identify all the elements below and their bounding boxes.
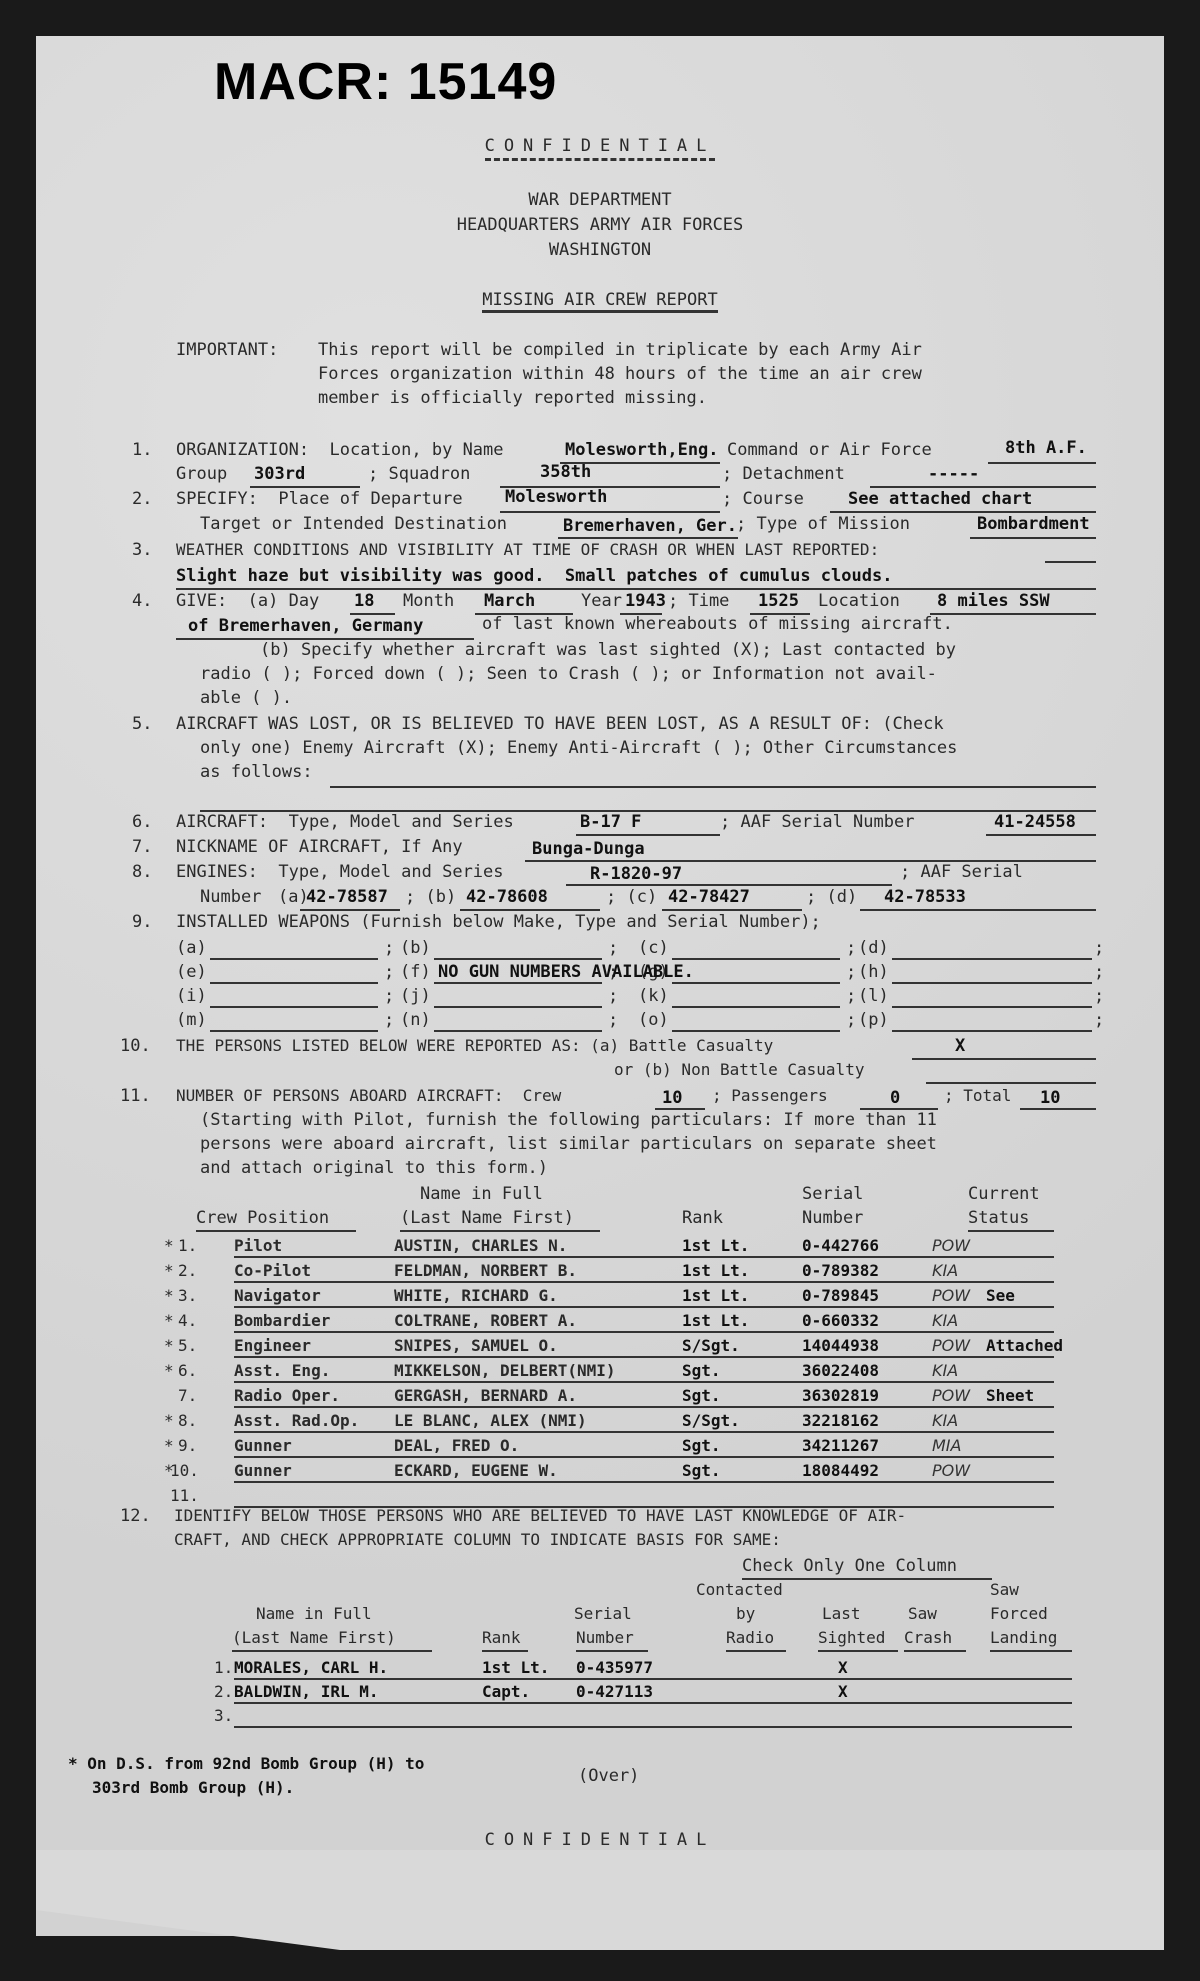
asterisk-marker: * [164, 1361, 174, 1380]
weapon-slot-label: (h) [858, 962, 889, 982]
crew-name: COLTRANE, ROBERT A. [394, 1311, 577, 1330]
important-label: IMPORTANT: [176, 340, 278, 360]
crew-num: 10. [170, 1461, 199, 1480]
report-title: MISSING AIR CREW REPORT [0, 290, 1200, 313]
crew-note: See [986, 1286, 1015, 1305]
item8-num: 8. [132, 862, 152, 882]
weapons-note: NO GUN NUMBERS AVAILABLE. [438, 962, 694, 982]
crew-rank: 1st Lt. [682, 1311, 749, 1330]
item11-note1: (Starting with Pilot, furnish the follow… [200, 1110, 937, 1130]
crew-rank: Sgt. [682, 1436, 721, 1455]
col-sighted-2: Sighted [818, 1628, 885, 1648]
item5-line2: only one) Enemy Aircraft (X); Enemy Anti… [200, 738, 957, 758]
crew-num: 3. [178, 1286, 197, 1305]
last-knowledge-row: 1.MORALES, CARL H.1st Lt.0-435977X [0, 1658, 1200, 1680]
col-rank: Rank [682, 1208, 723, 1228]
crew-status: KIA [932, 1361, 958, 1380]
crew-status: POW [932, 1336, 970, 1355]
aircraft-serial: 41-24558 [994, 812, 1076, 832]
col-sighted-1: Last [822, 1604, 861, 1624]
col12-serial: Number [576, 1628, 634, 1648]
group-label: Group [176, 464, 227, 484]
weapon-slot-label: (m) [176, 1010, 207, 1030]
crew-status: POW [932, 1386, 970, 1405]
last-knowledge-row: 2.BALDWIN, IRL M.Capt.0-427113X [0, 1682, 1200, 1704]
crew-position: Gunner [234, 1436, 292, 1455]
total-label: ; Total [944, 1086, 1011, 1106]
location-tail: of last known whereabouts of missing air… [482, 614, 953, 634]
item4b-line3: able ( ). [200, 688, 292, 708]
header-line2: HEADQUARTERS ARMY AIR FORCES [0, 215, 1200, 235]
person-serial: 0-435977 [576, 1658, 653, 1677]
person-num: 3. [214, 1706, 233, 1725]
crew-name: ECKARD, EUGENE W. [394, 1461, 558, 1480]
col-status: Status [968, 1208, 1029, 1228]
item1-num: 1. [132, 440, 152, 460]
item12-num: 12. [120, 1506, 151, 1526]
asterisk-marker: * [164, 1236, 174, 1255]
crew-position: Bombardier [234, 1311, 330, 1330]
crew-position: Asst. Eng. [234, 1361, 330, 1380]
crew-status: POW [932, 1461, 970, 1480]
crew-name: WHITE, RICHARD G. [394, 1286, 558, 1305]
command-value: 8th A.F. [1005, 438, 1087, 458]
important-line3: member is officially reported missing. [318, 388, 707, 408]
engine-d: 42-78533 [884, 887, 966, 907]
battle-casualty-label: THE PERSONS LISTED BELOW WERE REPORTED A… [176, 1036, 773, 1056]
col-position: Crew Position [196, 1208, 329, 1228]
squadron-value: 358th [540, 462, 591, 482]
weapon-slot-label: (e) [176, 962, 207, 982]
item10-num: 10. [120, 1036, 151, 1056]
col-name-top: Name in Full [420, 1184, 543, 1204]
crew-name: GERGASH, BERNARD A. [394, 1386, 577, 1405]
item3-num: 3. [132, 540, 152, 560]
crew-serial: 34211267 [802, 1436, 879, 1455]
weapons-label: INSTALLED WEAPONS (Furnish below Make, T… [176, 912, 821, 932]
crew-position: Pilot [234, 1236, 282, 1255]
last-knowledge-row: 3. [0, 1706, 1200, 1728]
crew-note: Sheet [986, 1386, 1034, 1405]
crew-position: Radio Oper. [234, 1386, 340, 1405]
engine-a: 42-78587 [306, 887, 388, 907]
departure-value: Molesworth [505, 487, 607, 507]
crew-num: 11. [170, 1486, 199, 1505]
item11-num: 11. [120, 1086, 151, 1106]
location-value-2: of Bremerhaven, Germany [188, 616, 423, 636]
year-value: 1943 [625, 591, 666, 611]
non-battle-label: or (b) Non Battle Casualty [614, 1060, 864, 1080]
crew-num: 2. [178, 1261, 197, 1280]
crew-status: MIA [932, 1436, 961, 1455]
crew-status: POW [932, 1286, 970, 1305]
col12-serial-top: Serial [574, 1604, 632, 1624]
engine-c: 42-78427 [668, 887, 750, 907]
crew-rank: 1st Lt. [682, 1236, 749, 1255]
crew-num: 5. [178, 1336, 197, 1355]
crew-num: 8. [178, 1411, 197, 1430]
col-crash-1: Saw [908, 1604, 937, 1624]
year-label: Year [581, 591, 622, 611]
last-sighted-check: X [838, 1682, 848, 1701]
month-label: Month [403, 591, 454, 611]
person-name: MORALES, CARL H. [234, 1658, 388, 1677]
crew-position: Asst. Rad.Op. [234, 1411, 359, 1430]
crew-rank: 1st Lt. [682, 1286, 749, 1305]
crew-row: *1.PilotAUSTIN, CHARLES N.1st Lt.0-44276… [0, 1236, 1200, 1258]
crew-position: Co-Pilot [234, 1261, 311, 1280]
crew-status: KIA [932, 1311, 958, 1330]
crew-row: *6.Asst. Eng.MIKKELSON, DELBERT(NMI)Sgt.… [0, 1361, 1200, 1383]
crew-row: 11. [0, 1486, 1200, 1508]
aircraft-label: AIRCRAFT: Type, Model and Series [176, 812, 514, 832]
person-rank: 1st Lt. [482, 1658, 549, 1677]
weapon-slot-label: (p) [858, 1010, 889, 1030]
mission-label: ; Type of Mission [736, 514, 910, 534]
weapon-slot-label: (f) [400, 962, 431, 982]
crew-num: 6. [178, 1361, 197, 1380]
aircraft-type: B-17 F [580, 812, 641, 832]
crew-position: Engineer [234, 1336, 311, 1355]
weapon-slot-label: (b) [400, 938, 431, 958]
item11-note3: and attach original to this form.) [200, 1158, 548, 1178]
org-location: Molesworth,Eng. [565, 440, 719, 460]
crew-row: *10.GunnerECKARD, EUGENE W.Sgt.18084492P… [0, 1461, 1200, 1483]
crew-num: 7. [178, 1386, 197, 1405]
header-line1: WAR DEPARTMENT [0, 190, 1200, 210]
location-value-1: 8 miles SSW [937, 591, 1050, 611]
crew-status: KIA [932, 1411, 958, 1430]
crew-rank: Sgt. [682, 1461, 721, 1480]
crew-row: *5.EngineerSNIPES, SAMUEL O.S/Sgt.140449… [0, 1336, 1200, 1358]
engines-serial-label: ; AAF Serial [900, 862, 1023, 882]
crew-num: 1. [178, 1236, 197, 1255]
crew-serial: 36302819 [802, 1386, 879, 1405]
crew-row: *4.BombardierCOLTRANE, ROBERT A.1st Lt.0… [0, 1311, 1200, 1333]
time-label: ; Time [668, 591, 729, 611]
asterisk-marker: * [164, 1336, 174, 1355]
command-label: Command or Air Force [727, 440, 932, 460]
crew-rank: S/Sgt. [682, 1336, 740, 1355]
crew-name: MIKKELSON, DELBERT(NMI) [394, 1361, 616, 1380]
crew-serial: 0-789845 [802, 1286, 879, 1305]
detachment-label: ; Detachment [722, 464, 845, 484]
crew-row: *3.NavigatorWHITE, RICHARD G.1st Lt.0-78… [0, 1286, 1200, 1308]
crew-rank: Sgt. [682, 1386, 721, 1405]
group-value: 303rd [254, 464, 305, 484]
crew-name: SNIPES, SAMUEL O. [394, 1336, 558, 1355]
squadron-label: ; Squadron [368, 464, 470, 484]
time-value: 1525 [758, 591, 799, 611]
engine-b: 42-78608 [466, 887, 548, 907]
crew-serial: 18084492 [802, 1461, 879, 1480]
crew-status: POW [932, 1236, 970, 1255]
torn-paper-edge [0, 1850, 1200, 1981]
item5-num: 5. [132, 714, 152, 734]
asterisk-marker: * [164, 1436, 174, 1455]
col-radio-1: Contacted [696, 1580, 783, 1600]
footnote-line2: 303rd Bomb Group (H). [92, 1778, 294, 1798]
person-serial: 0-427113 [576, 1682, 653, 1701]
col-serial-top: Serial [802, 1184, 863, 1204]
crew-count: 10 [662, 1088, 682, 1108]
footnote-line1: * On D.S. from 92nd Bomb Group (H) to [68, 1754, 424, 1774]
crew-rank: Sgt. [682, 1361, 721, 1380]
nickname-value: Bunga-Dunga [532, 839, 645, 859]
crew-note: Attached [986, 1336, 1063, 1355]
person-name: BALDWIN, IRL M. [234, 1682, 379, 1701]
asterisk-marker: * [164, 1411, 174, 1430]
item4b-line1: (b) Specify whether aircraft was last si… [260, 640, 956, 660]
crew-serial: 14044938 [802, 1336, 879, 1355]
crew-status: KIA [932, 1261, 958, 1280]
crew-num: 9. [178, 1436, 197, 1455]
crew-name: LE BLANC, ALEX (NMI) [394, 1411, 587, 1430]
item12-line1: IDENTIFY BELOW THOSE PERSONS WHO ARE BEL… [174, 1506, 906, 1526]
crew-name: DEAL, FRED O. [394, 1436, 519, 1455]
col12-name-top: Name in Full [256, 1604, 372, 1624]
weapon-slot-label: (c) [638, 938, 669, 958]
crew-num: 4. [178, 1311, 197, 1330]
col-forced-3: Landing [990, 1628, 1057, 1648]
month-value: March [484, 591, 535, 611]
asterisk-marker: * [164, 1261, 174, 1280]
location-label: Location [818, 591, 900, 611]
weapon-slot-label: (d) [858, 938, 889, 958]
check-header: Check Only One Column [742, 1556, 957, 1576]
crew-rank: S/Sgt. [682, 1411, 740, 1430]
asterisk-marker: * [164, 1311, 174, 1330]
col-forced-1: Saw [990, 1580, 1019, 1600]
item6-num: 6. [132, 812, 152, 832]
header-line3: WASHINGTON [0, 240, 1200, 260]
crew-row: *2.Co-PilotFELDMAN, NORBERT B.1st Lt.0-7… [0, 1261, 1200, 1283]
engines-series: R-1820-97 [590, 864, 682, 884]
item11-note2: persons were aboard aircraft, list simil… [200, 1134, 937, 1154]
target-label: Target or Intended Destination [200, 514, 507, 534]
col12-rank: Rank [482, 1628, 521, 1648]
item12-line2: CRAFT, AND CHECK APPROPRIATE COLUMN TO I… [174, 1530, 781, 1550]
passengers-count: 0 [890, 1088, 900, 1108]
weather-value: Slight haze but visibility was good. Sma… [176, 566, 892, 586]
crew-position: Navigator [234, 1286, 321, 1305]
crew-name: AUSTIN, CHARLES N. [394, 1236, 567, 1255]
col-crash-2: Crash [904, 1628, 952, 1648]
person-num: 1. [214, 1658, 233, 1677]
weather-label: WEATHER CONDITIONS AND VISIBILITY AT TIM… [176, 540, 879, 560]
crew-position: Gunner [234, 1461, 292, 1480]
engines-label: ENGINES: Type, Model and Series [176, 862, 504, 882]
passengers-label: ; Passengers [712, 1086, 828, 1106]
course-label: ; Course [722, 489, 804, 509]
important-line2: Forces organization within 48 hours of t… [318, 364, 922, 384]
nickname-label: NICKNAME OF AIRCRAFT, If Any [176, 837, 463, 857]
col-radio-2: by [736, 1604, 755, 1624]
persons-label: NUMBER OF PERSONS ABOARD AIRCRAFT: Crew [176, 1086, 561, 1106]
departure-label: SPECIFY: Place of Departure [176, 489, 463, 509]
total-count: 10 [1040, 1088, 1060, 1108]
person-num: 2. [214, 1682, 233, 1701]
item7-num: 7. [132, 837, 152, 857]
crew-serial: 0-660332 [802, 1311, 879, 1330]
day-label: GIVE: (a) Day [176, 591, 319, 611]
last-sighted-check: X [838, 1658, 848, 1677]
crew-rank: 1st Lt. [682, 1261, 749, 1280]
asterisk-marker: * [164, 1286, 174, 1305]
engines-number-label: Number [200, 887, 261, 907]
weapon-slot-label: (i) [176, 986, 207, 1006]
day-value: 18 [354, 591, 374, 611]
weapon-slot-label: (n) [400, 1010, 431, 1030]
weapon-slot-label: (k) [638, 986, 669, 1006]
item1-label: ORGANIZATION: Location, by Name [176, 440, 504, 460]
over-label: (Over) [578, 1766, 639, 1786]
macr-stamp: MACR: 15149 [214, 52, 557, 112]
detachment-value: ----- [928, 464, 979, 484]
col-serial: Number [802, 1208, 863, 1228]
item2-num: 2. [132, 489, 152, 509]
weapon-slot-label: (l) [858, 986, 889, 1006]
col12-name: (Last Name First) [232, 1628, 396, 1648]
col-radio-3: Radio [726, 1628, 774, 1648]
crew-serial: 0-789382 [802, 1261, 879, 1280]
aircraft-serial-label: ; AAF Serial Number [720, 812, 914, 832]
crew-name: FELDMAN, NORBERT B. [394, 1261, 577, 1280]
important-line1: This report will be compiled in triplica… [318, 340, 922, 360]
item5-line1: AIRCRAFT WAS LOST, OR IS BELIEVED TO HAV… [176, 714, 944, 734]
item4-num: 4. [132, 591, 152, 611]
weapon-slot-label: (j) [400, 986, 431, 1006]
crew-serial: 0-442766 [802, 1236, 879, 1255]
target-value: Bremerhaven, Ger. [563, 516, 737, 536]
item4b-line2: radio ( ); Forced down ( ); Seen to Cras… [200, 664, 937, 684]
person-rank: Capt. [482, 1682, 530, 1701]
crew-serial: 32218162 [802, 1411, 879, 1430]
crew-row: *9.GunnerDEAL, FRED O.Sgt.34211267MIA [0, 1436, 1200, 1458]
col-name: (Last Name First) [400, 1208, 574, 1228]
item9-num: 9. [132, 912, 152, 932]
crew-row: 7.Radio Oper.GERGASH, BERNARD A.Sgt.3630… [0, 1386, 1200, 1408]
classification-top: CONFIDENTIAL [0, 136, 1200, 161]
course-value: See attached chart [848, 489, 1032, 509]
weapon-slot-label: (o) [638, 1010, 669, 1030]
crew-serial: 36022408 [802, 1361, 879, 1380]
crew-row: *8.Asst. Rad.Op.LE BLANC, ALEX (NMI)S/Sg… [0, 1411, 1200, 1433]
battle-casualty-value: X [955, 1036, 965, 1056]
mission-value: Bombardment [977, 514, 1090, 534]
col-status-top: Current [968, 1184, 1040, 1204]
item5-line3: as follows: [200, 762, 313, 782]
col-forced-2: Forced [990, 1604, 1048, 1624]
weapon-slot-label: (a) [176, 938, 207, 958]
